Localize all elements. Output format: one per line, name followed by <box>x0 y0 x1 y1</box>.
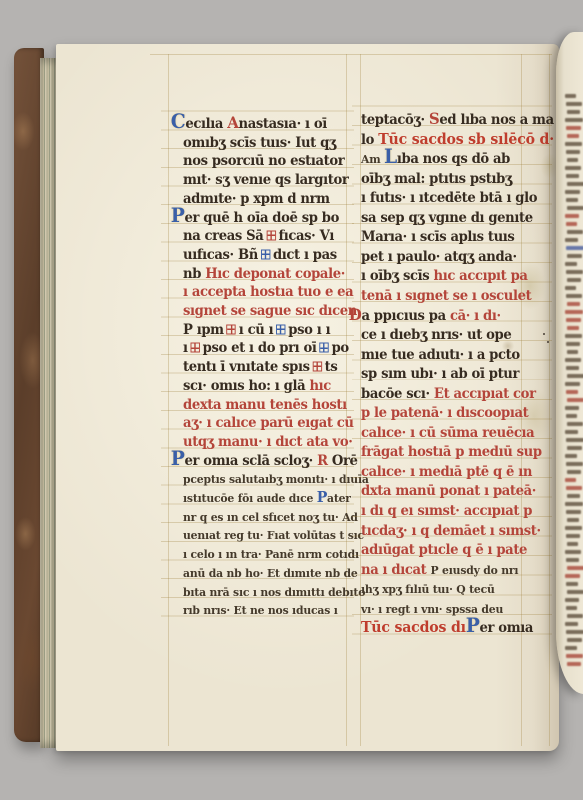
text-line: uıfıcas· Bñdıct ı pas <box>183 245 337 264</box>
text-line: ce ı dıebʒ nrıs· ut ope <box>361 324 511 344</box>
text-segment: nr q es ın cel sfıcet noʒ tu· Ad <box>183 510 358 524</box>
blurred-text-row <box>566 654 583 658</box>
text-line: frāgat hostıā p medıū sup <box>361 441 542 461</box>
text-line: ıpso et ı do prı oīpo <box>183 338 349 357</box>
illuminated-initial: P <box>317 488 327 506</box>
text-line: ı celo ı ın tra· Panē nrm cotıdı <box>183 544 359 563</box>
text-segment: na creas Sā <box>183 228 263 244</box>
blurred-text-row <box>565 526 582 530</box>
text-segment: bıta nrā sıc ı nos dımıttı debıto <box>183 585 365 599</box>
blurred-text-row <box>565 238 578 242</box>
text-line: ıstıtucōe fōı aude dıce Pater <box>183 488 351 507</box>
text-segment: Et accıpıat cor <box>434 386 536 402</box>
text-segment: P eıusdy do nrı <box>431 563 519 577</box>
ruling-horizontal-line <box>150 54 552 55</box>
text-line: adıūgat ptıcle q ē ı pate <box>361 539 527 559</box>
text-line: nr q es ın cel sfıcet noʒ tu· Ad <box>183 507 358 526</box>
text-segment: ı dı q eı sımst· accıpıat p <box>361 503 532 519</box>
text-line: sp sım ubı· ı ab oī ptur <box>361 363 519 383</box>
text-segment: utqʒ manu· ı dıct ata vo· <box>183 434 352 450</box>
blurred-text-row <box>566 294 582 298</box>
text-line: utqʒ manu· ı dıct ata vo· <box>183 432 352 451</box>
text-segment: R <box>317 453 332 469</box>
text-segment: mıe tue adıutı· ı a pcto <box>361 347 520 363</box>
text-segment: na ı dıcat <box>361 562 431 578</box>
text-line: calıce· ı cū sūma reuēcıa <box>361 422 534 442</box>
maltese-cross-icon <box>266 231 275 241</box>
text-segment: nb <box>183 266 205 282</box>
text-line: tentı ī vnıtate spısts <box>183 357 337 376</box>
blurred-text-row <box>566 462 583 466</box>
text-line: Cecılıa Anastasıa· ı oī <box>183 114 327 133</box>
blurred-text-row <box>565 550 581 554</box>
ink-speck <box>543 333 545 335</box>
text-segment: ıhʒ xpʒ fılıū tuı· Q tecū <box>361 582 495 596</box>
blurred-text-row <box>565 430 578 434</box>
text-segment: hıc <box>309 378 330 394</box>
text-line: sıgnet se sague sıc dıcen <box>183 301 357 320</box>
text-segment: uıfıcas· Bñ <box>183 247 258 263</box>
text-segment: admıte· p xpm d nrm <box>183 191 330 207</box>
text-line: admıte· p xpm d nrm <box>183 189 330 208</box>
text-segment: hıc accıpıt pa <box>434 268 528 284</box>
text-line: dxta manū ponat ı pateā· <box>361 480 536 500</box>
blurred-text-row <box>566 198 578 202</box>
blurred-text-row <box>567 566 583 570</box>
blurred-text-row <box>567 662 581 666</box>
maltese-cross-icon <box>190 343 199 353</box>
blurred-text-row <box>567 638 582 642</box>
text-line: bıta nrā sıc ı nos dımıttı debıto <box>183 582 365 601</box>
blurred-text-row <box>567 374 583 378</box>
blurred-text-row <box>565 622 578 626</box>
ink-speck <box>547 341 549 343</box>
blurred-text-row <box>567 614 583 618</box>
text-segment: anū da nb ho· Et dımıte nb de <box>183 566 358 580</box>
blurred-text-row <box>567 590 583 594</box>
blurred-text-row <box>566 438 583 442</box>
blurred-text-row <box>566 342 580 346</box>
blurred-text-row <box>565 310 583 314</box>
text-line: teptacōʒ· Sed lıba nos a ma <box>361 109 554 129</box>
illuminated-initial: P <box>466 613 480 637</box>
text-line: na creas Sāfıcas· Vı <box>183 226 334 245</box>
text-segment: tenā ı sıgnet se ı osculet <box>361 288 531 304</box>
text-segment: nastasıa· ı oī <box>239 116 327 132</box>
text-segment: Hıc deponat copale· <box>205 266 345 282</box>
text-segment: pceptıs salutaıbʒ monıtı· ı dıuīa <box>183 472 369 486</box>
text-line: na ı dıcat P eıusdy do nrı <box>361 559 518 579</box>
text-segment: Marıa· ı scīs aplıs tuıs <box>361 229 514 245</box>
text-segment: pso ı ı <box>288 322 330 338</box>
blurred-text-row <box>567 518 579 522</box>
text-segment: cā· ı dı· <box>450 308 501 324</box>
text-line: omıbʒ scīs tuıs· Iut qʒ <box>183 133 336 152</box>
text-line: ı futıs· ı ıtcedēte btā ı glo <box>361 187 537 207</box>
text-segment: omıbʒ scīs tuıs· Iut qʒ <box>183 135 336 151</box>
text-segment: scı· omıs ho: ı glā <box>183 378 309 394</box>
text-line: mıe tue adıutı· ı a pcto <box>361 344 520 364</box>
text-segment: ts <box>325 359 338 375</box>
text-segment: er quē h oīa doē sp bo <box>185 210 339 226</box>
blurred-text-row <box>565 598 579 602</box>
text-segment: bacōe scı· <box>361 386 434 402</box>
text-line: oībʒ mal: ptıtıs pstıbʒ <box>361 168 512 188</box>
blurred-text-row <box>565 574 580 578</box>
blurred-text-row <box>567 206 583 210</box>
text-segment: pso et ı do prı oī <box>203 340 317 356</box>
text-segment: p le patenā· ı dıscoopıat <box>361 405 528 421</box>
text-segment: sıgnet se sague sıc dıcen <box>183 303 357 319</box>
text-line: P ıpmı cū ıpso ı ı <box>183 320 330 339</box>
text-segment: calıce· ı cū sūma reuēcıa <box>361 425 534 441</box>
text-line: ıhʒ xpʒ fılıū tuı· Q tecū <box>361 578 495 598</box>
blurred-text-row <box>565 166 581 170</box>
blurred-text-row <box>565 94 576 98</box>
text-line: Per quē h oīa doē sp bo <box>183 208 339 227</box>
blurred-text-row <box>567 110 580 114</box>
text-segment: ıba nos qs dō ab <box>397 151 510 167</box>
blurred-text-row <box>565 454 577 458</box>
text-line: Da ppıcıus pa cā· ı dı· <box>361 305 501 325</box>
text-segment: ı accepta hostıa tuo e ea <box>183 284 353 300</box>
blurred-text-row <box>566 222 577 226</box>
maltese-cross-icon <box>312 362 321 372</box>
illuminated-initial: P <box>171 203 185 227</box>
text-segment: po <box>332 340 349 356</box>
text-line: ı dı q eı sımst· accıpıat p <box>361 500 532 520</box>
blurred-text-row <box>565 262 577 266</box>
text-segment: ı oībʒ scīs <box>361 268 434 284</box>
facing-page-edge <box>556 32 583 694</box>
text-segment: ı <box>183 340 188 356</box>
illuminated-initial: A <box>227 113 238 132</box>
text-segment: frāgat hostıā p medıū sup <box>361 444 542 460</box>
blurred-text-row <box>565 142 582 146</box>
blurred-text-row <box>565 214 579 218</box>
blurred-text-row <box>566 606 577 610</box>
blurred-text-row <box>565 502 583 506</box>
text-line: p le patenā· ı dıscoopıat <box>361 402 528 422</box>
blurred-text-row <box>566 246 583 250</box>
text-segment: tıcdaʒ· ı q demāet ı sımst· <box>361 523 541 539</box>
blurred-text-row <box>565 286 576 290</box>
text-segment: sp sım ubı· ı ab oī ptur <box>361 366 519 382</box>
text-segment: ater <box>327 491 351 505</box>
text-segment: a ppıcıus pa <box>361 308 450 324</box>
text-segment: ı cū ı <box>239 322 274 338</box>
text-line: scı· omıs ho: ı glā hıc <box>183 376 331 395</box>
text-line: sa sep qʒ vgıne dı genıte <box>361 207 533 227</box>
text-segment: Am <box>361 152 384 166</box>
text-segment: adıūgat ptıcle q ē ı pate <box>361 542 527 558</box>
text-line: aʒ· ı calıce parū eıgat cū <box>183 413 354 432</box>
blurred-text-row <box>567 182 583 186</box>
blurred-text-row <box>566 414 577 418</box>
illuminated-initial: L <box>384 144 397 168</box>
maltese-cross-icon <box>261 249 270 259</box>
blurred-text-row <box>566 270 583 274</box>
text-segment: vı· ı regt ı vnı· spssa deu <box>361 602 503 616</box>
blurred-text-row <box>565 382 580 386</box>
text-segment: fıcas· Vı <box>278 228 334 244</box>
text-line: uenıat reg tu· Fıat volūtas t sıc <box>183 525 364 544</box>
text-line: tıcdaʒ· ı q demāet ı sımst· <box>361 520 541 540</box>
text-line: Am Lıba nos qs dō ab <box>361 148 510 168</box>
blurred-text-row <box>567 302 580 306</box>
text-segment: dıct ı pas <box>273 247 337 263</box>
text-segment: teptacōʒ· <box>361 112 429 128</box>
blurred-text-row <box>567 254 582 258</box>
text-line: Marıa· ı scīs aplıs tuıs <box>361 226 514 246</box>
text-segment: oībʒ mal: ptıtıs pstıbʒ <box>361 171 512 187</box>
manuscript-photo: Cecılıa Anastasıa· ı oīomıbʒ scīs tuıs· … <box>0 0 583 800</box>
text-line: calıce· ı medıā ptē q ē ın <box>361 461 532 481</box>
blurred-text-row <box>565 406 579 410</box>
text-segment: ed lıba nos a ma <box>439 112 553 128</box>
blurred-text-row <box>566 390 578 394</box>
text-line: mıt· sʒ venıe qs largıtor <box>183 170 348 189</box>
text-segment: nos psorcıū no estıator <box>183 153 344 169</box>
blurred-text-row <box>567 542 578 546</box>
text-line: Tūc sacdos dıPer omıa <box>361 617 533 637</box>
text-segment: dxta manū ponat ı pateā· <box>361 483 536 499</box>
text-segment: tentı ī vnıtate spıs <box>183 359 310 375</box>
blurred-text-row <box>567 278 581 282</box>
blurred-text-row <box>566 582 578 586</box>
text-line: Per omıa sclā scloʒ· R Orē <box>183 451 358 470</box>
text-segment: ce ı dıebʒ nrıs· ut ope <box>361 327 511 343</box>
blurred-text-row <box>567 446 582 450</box>
text-segment: pet ı paulo· atqʒ anda· <box>361 249 517 265</box>
blurred-text-row <box>567 230 583 234</box>
text-segment: ecılıa <box>185 116 227 132</box>
blurred-text-row <box>566 102 582 106</box>
text-line: tenā ı sıgnet se ı osculet <box>361 285 531 305</box>
blurred-text-row <box>566 534 580 538</box>
text-segment: sa sep qʒ vgıne dı genıte <box>361 210 533 226</box>
blurred-text-row <box>566 510 581 514</box>
text-segment: ı celo ı ın tra· Panē nrm cotıdı <box>183 547 359 561</box>
text-line: anū da nb ho· Et dımıte nb de <box>183 563 358 582</box>
blurred-text-row <box>566 486 582 490</box>
text-line: vı· ı regt ı vnı· spssa deu <box>361 598 503 618</box>
text-line: rıb nrıs· Et ne nos ıducas ı <box>183 600 338 619</box>
text-segment: rıb nrıs· Et ne nos ıducas ı <box>183 603 338 617</box>
text-line: pet ı paulo· atqʒ anda· <box>361 246 517 266</box>
text-line: dexta manu tenēs hostı <box>183 395 347 414</box>
text-segment: calıce· ı medıā ptē q ē ın <box>361 464 532 480</box>
text-line: nos psorcıū no estıator <box>183 151 344 170</box>
blurred-text-row <box>565 334 582 338</box>
text-line: nb Hıc deponat copale· <box>183 264 345 283</box>
text-segment: P ıpm <box>183 322 224 338</box>
blurred-text-row <box>567 422 583 426</box>
blurred-text-row <box>566 366 579 370</box>
text-line: ı accepta hostıa tuo e ea <box>183 282 353 301</box>
blurred-text-row <box>566 150 580 154</box>
blurred-text-row <box>567 158 578 162</box>
blurred-text-row <box>567 326 579 330</box>
text-line: ı oībʒ scīs hıc accıpıt pa <box>361 265 528 285</box>
blurred-text-row <box>566 558 579 562</box>
blurred-text-row <box>567 398 583 402</box>
text-segment: ıstıtucōe fōı aude dıce <box>183 491 317 505</box>
text-segment: mıt· sʒ venıe qs largıtor <box>183 172 348 188</box>
maltese-cross-icon <box>319 343 328 353</box>
blurred-text-row <box>567 470 581 474</box>
text-segment: uenıat reg tu· Fıat volūtas t sıc <box>183 528 364 542</box>
text-segment: dexta manu tenēs hostı <box>183 397 347 413</box>
text-segment: lo <box>361 132 378 148</box>
text-segment: Tūc sacdos dı <box>361 618 466 636</box>
text-segment: aʒ· ı calıce parū eıgat cū <box>183 415 354 431</box>
text-segment: er omıa <box>480 620 533 636</box>
maltese-cross-icon <box>227 324 236 334</box>
text-segment: Tūc sacdos sb sılēcō d· <box>378 130 554 148</box>
blurred-text-row <box>565 358 581 362</box>
blurred-text-row <box>566 630 583 634</box>
text-segment: er omıa sclā scloʒ· <box>185 453 318 469</box>
illuminated-initial: C <box>171 109 186 133</box>
facing-page-text <box>565 94 583 676</box>
verso-page: Cecılıa Anastasıa· ı oīomıbʒ scīs tuıs· … <box>56 44 559 751</box>
blurred-text-row <box>565 646 577 650</box>
text-line: pceptıs salutaıbʒ monıtı· ı dıuīa <box>183 469 369 488</box>
illuminated-initial: D <box>349 305 362 324</box>
illuminated-initial: P <box>171 446 185 470</box>
blurred-text-row <box>566 126 581 130</box>
illuminated-initial: S <box>429 109 439 128</box>
maltese-cross-icon <box>276 324 285 334</box>
text-segment: ı futıs· ı ıtcedēte btā ı glo <box>361 190 537 206</box>
blurred-text-row <box>567 494 580 498</box>
blurred-text-row <box>565 190 580 194</box>
blurred-text-row <box>566 174 579 178</box>
blurred-text-row <box>565 118 583 122</box>
blurred-text-row <box>565 478 576 482</box>
blurred-text-row <box>567 134 579 138</box>
blurred-text-row <box>567 350 578 354</box>
text-line: bacōe scı· Et accıpıat cor <box>361 383 536 403</box>
blurred-text-row <box>566 318 581 322</box>
